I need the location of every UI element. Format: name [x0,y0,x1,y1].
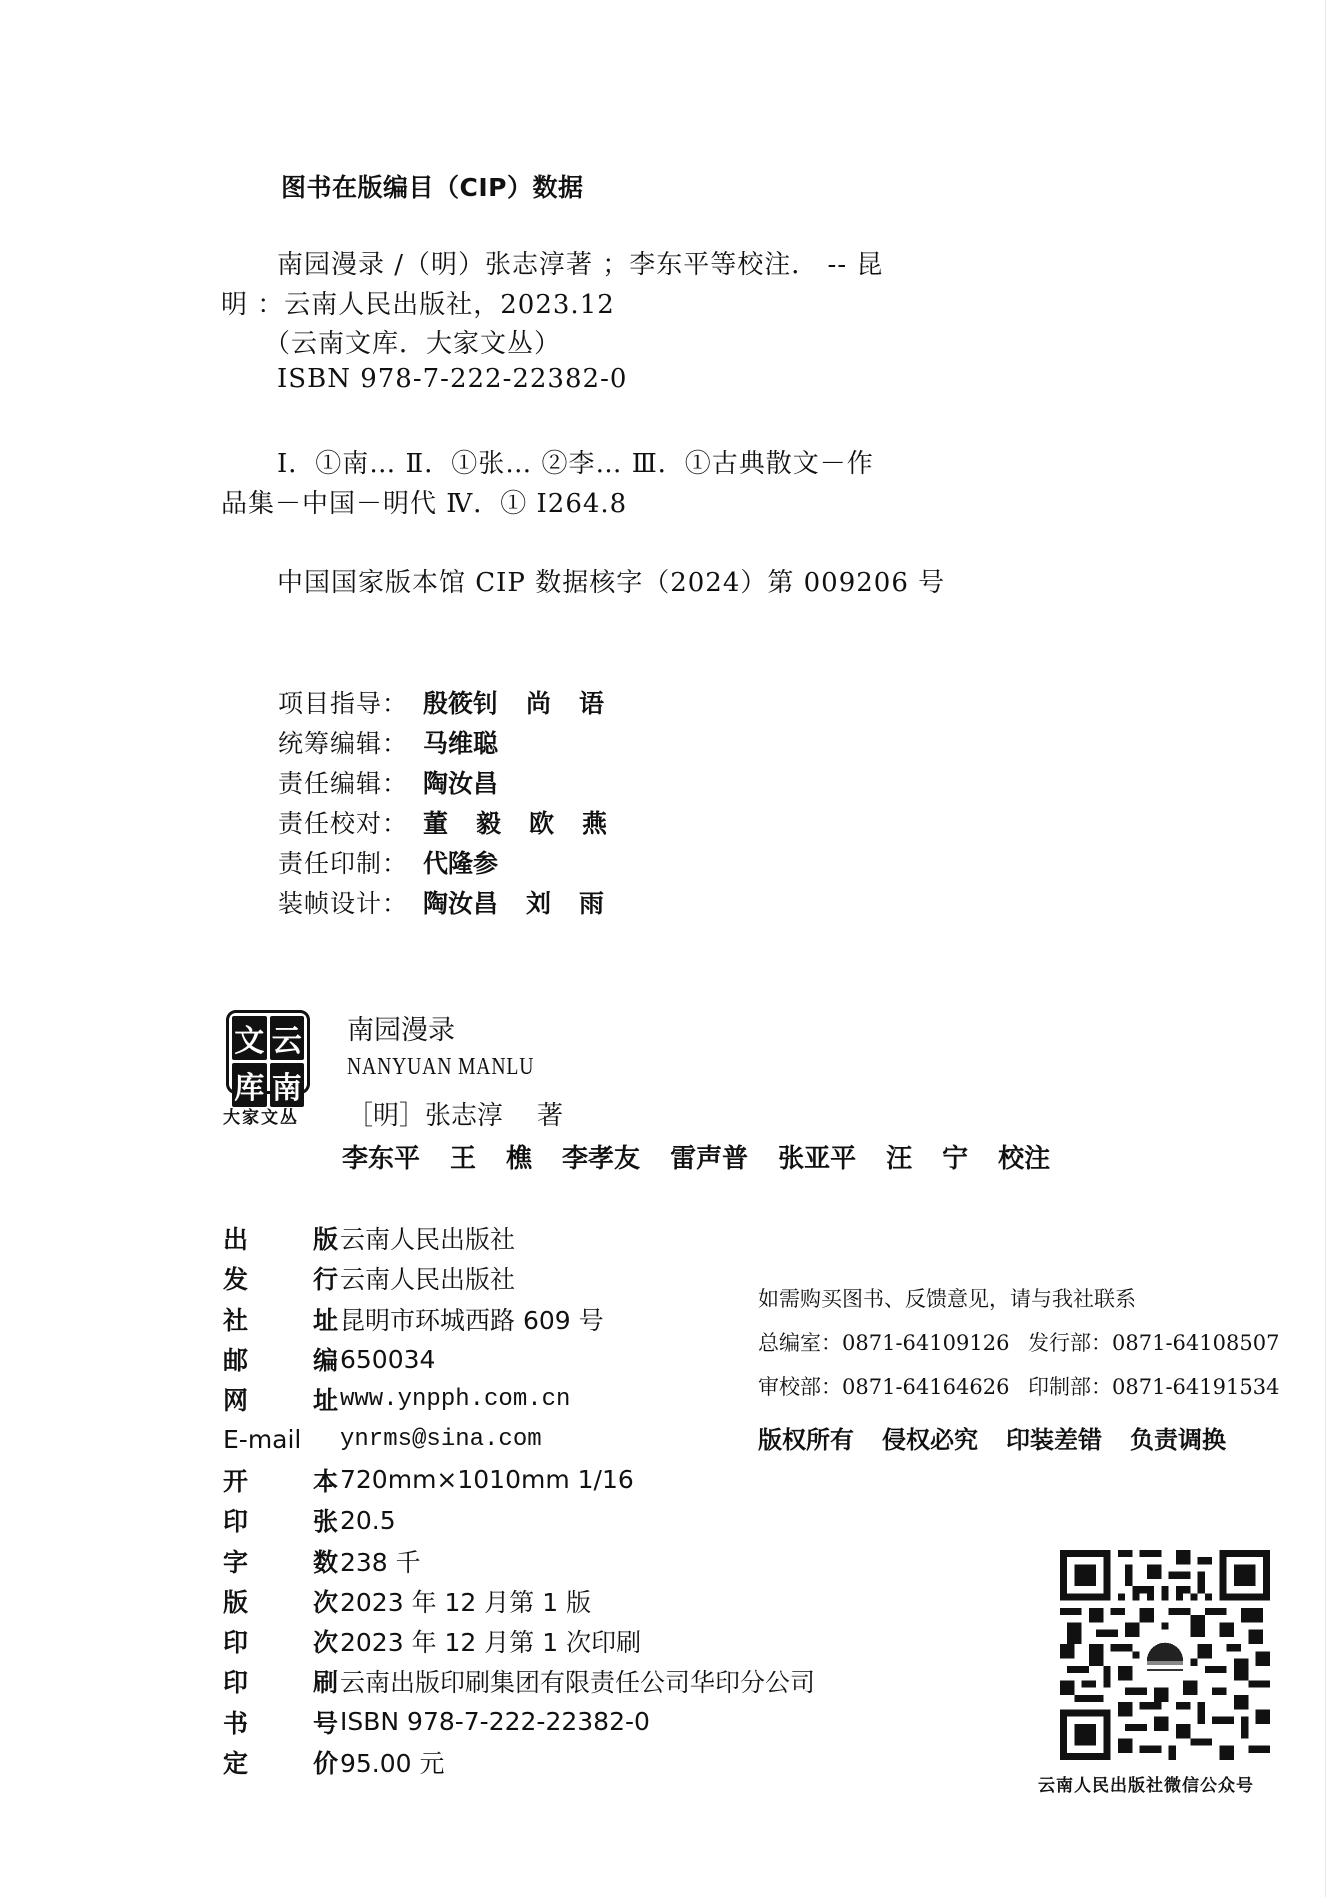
book-pinyin: NANYUAN MANLU [347,1054,534,1081]
phone-entry: 印制部：0871-64191534 [1028,1371,1298,1415]
rights-text: 印装差错 [1006,1420,1102,1455]
credit-label: 装帧设计： [278,884,423,920]
cip-verification: 中国国家版本馆 CIP 数据核字（2024）第 009206 号 [277,562,945,599]
rights-text: 负责调换 [1130,1420,1226,1455]
pub-row-edition: 版次2023 年 12 月第 1 版 [223,1581,815,1621]
credit-row: 统筹编辑： 马维聪 [278,722,635,762]
qr-code-icon[interactable] [1060,1550,1270,1760]
website-link[interactable]: www.ynpph.com.cn [340,1386,570,1413]
contact-intro: 如需购买图书、反馈意见，请与我社联系 [758,1283,1298,1327]
credit-label: 责任印制： [278,844,423,880]
author-role: 著 [537,1101,563,1131]
pub-label: 社 [223,1301,248,1337]
series-name: 大家文丛 [223,1103,299,1128]
pub-label: E-mail [223,1425,301,1454]
credit-row: 责任校对： 董毅欧燕 [278,802,635,842]
pub-label: 印 [223,1663,248,1699]
phone-label: 印制部： [1028,1375,1112,1399]
pub-value: 238 千 [340,1543,421,1579]
pub-label: 行 [313,1260,338,1296]
rights-text: 侵权必究 [882,1420,978,1455]
credit-label: 责任编辑： [278,764,423,800]
phone-entry: 审校部：0871-64164626 [758,1371,1028,1415]
pub-label: 址 [313,1381,338,1417]
credit-name: 马维聪 [423,724,498,760]
editor-name: 李东平 [342,1144,420,1174]
phone-label: 发行部： [1028,1331,1112,1355]
pub-row-address: 社址昆明市环城西路 609 号 [223,1299,815,1339]
page-edge [1325,0,1326,1897]
phone-label: 审校部： [758,1375,842,1399]
credit-name: 陶汝昌 [423,764,498,800]
credit-name: 语 [579,684,604,720]
phone-entry: 总编室：0871-64109126 [758,1327,1028,1371]
pub-row-format: 开本720mm×1010mm 1/16 [223,1460,815,1500]
pub-value: 2023 年 12 月第 1 次印刷 [340,1623,641,1659]
pub-value: 云南出版印刷集团有限责任公司华印分公司 [340,1663,815,1699]
pub-label: 出 [223,1220,248,1256]
editor-name: 雷声普 [670,1144,748,1174]
editor-name: 樵 [506,1144,532,1174]
credit-row: 责任印制： 代隆参 [278,842,635,882]
pub-value: 720mm×1010mm 1/16 [340,1465,634,1494]
credit-name: 燕 [582,804,607,840]
email-link[interactable]: ynrms@sina.com [340,1426,542,1453]
cip-line: 明 ：云南人民出版社，2023.12 [221,284,615,321]
pub-value: 2023 年 12 月第 1 版 [340,1583,591,1619]
credit-label: 统筹编辑： [278,724,423,760]
editor-name: 王 [450,1144,476,1174]
pub-value: 云南人民出版社 [340,1260,515,1296]
pub-row-isbn: 书号ISBN 978-7-222-22382-0 [223,1702,815,1742]
pub-label: 版 [223,1583,248,1619]
pub-label: 价 [313,1744,338,1780]
credit-name: 殷筱钊 [423,684,498,720]
pub-value: 650034 [340,1345,435,1374]
pub-label: 本 [313,1462,338,1498]
credit-name: 尚 [526,684,551,720]
pub-label: 次 [313,1623,338,1659]
pub-value: 昆明市环城西路 609 号 [340,1301,604,1337]
credit-name: 刘 [526,884,551,920]
pub-value: 云南人民出版社 [340,1220,515,1256]
author-name: ［明］张志淳 [347,1101,503,1131]
phone-number: 0871-64164626 [842,1375,1009,1399]
pub-row-publisher: 出版云南人民出版社 [223,1218,815,1258]
pub-label: 号 [313,1704,338,1740]
pub-label: 字 [223,1543,248,1579]
pub-label: 编 [313,1341,338,1377]
pub-label: 网 [223,1381,248,1417]
cip-isbn: ISBN 978-7-222-22382-0 [277,364,627,394]
pub-row-postcode: 邮编650034 [223,1339,815,1379]
credit-label: 责任校对： [278,804,423,840]
book-author: ［明］张志淳著 [347,1095,563,1132]
editor-name: 张亚平 [778,1144,856,1174]
pub-label: 址 [313,1301,338,1337]
pub-label: 印 [223,1502,248,1538]
cip-classification: Ⅰ．①南… Ⅱ．①张… ②李… Ⅲ．①古典散文－作 [277,443,874,480]
editor-name: 李孝友 [562,1144,640,1174]
pub-row-sheets: 印张20.5 [223,1500,815,1540]
book-title: 南园漫录 [347,1008,455,1047]
credit-row: 项目指导： 殷筱钊尚语 [278,682,635,722]
pub-row-email: E-mailynrms@sina.com [223,1419,815,1459]
phone-label: 总编室： [758,1331,842,1355]
publication-info: 出版云南人民出版社 发行云南人民出版社 社址昆明市环城西路 609 号 邮编65… [223,1218,815,1782]
pub-label: 发 [223,1260,248,1296]
editors-role: 校注 [998,1144,1050,1174]
editor-name: 汪 [886,1144,912,1174]
contact-block: 如需购买图书、反馈意见，请与我社联系 总编室：0871-64109126 发行部… [758,1283,1298,1459]
credit-row: 装帧设计： 陶汝昌刘雨 [278,882,635,922]
contact-row: 总编室：0871-64109126 发行部：0871-64108507 [758,1327,1298,1371]
credit-name: 代隆参 [423,844,498,880]
credit-row: 责任编辑： 陶汝昌 [278,762,635,802]
rights-text: 版权所有 [758,1420,854,1455]
rights-notice: 版权所有侵权必究印装差错负责调换 [758,1415,1298,1459]
cip-line: 南园漫录 /（明）张志淳著 ；李东平等校注． -- 昆 [277,244,883,281]
cip-line: （云南文库．大家文丛） [264,323,561,360]
book-editors: 李东平王樵李孝友雷声普张亚平汪宁校注 [342,1138,1080,1175]
pub-row-distributor: 发行云南人民出版社 [223,1258,815,1298]
seal-char: 云 [270,1016,305,1060]
pub-label: 印 [223,1623,248,1659]
pub-label: 次 [313,1583,338,1619]
pub-label: 张 [313,1502,338,1538]
pub-row-printing: 印次2023 年 12 月第 1 次印刷 [223,1621,815,1661]
phone-number: 0871-64108507 [1112,1331,1279,1355]
pub-value: 20.5 [340,1506,396,1535]
series-seal-logo: 文 云 库 南 [226,1010,310,1094]
phone-number: 0871-64109126 [842,1331,1009,1355]
pub-row-wordcount: 字数238 千 [223,1540,815,1580]
pub-value: 95.00 元 [340,1744,445,1780]
pub-row-price: 定价95.00 元 [223,1742,815,1782]
pub-label: 邮 [223,1341,248,1377]
credit-name: 毅 [476,804,501,840]
credit-name: 欧 [529,804,554,840]
seal-char: 库 [232,1063,267,1107]
pub-label: 定 [223,1744,248,1780]
pub-label: 书 [223,1704,248,1740]
pub-label: 刷 [313,1663,338,1699]
seal-char: 文 [232,1016,267,1060]
pub-value: ISBN 978-7-222-22382-0 [340,1707,650,1736]
pub-label: 开 [223,1462,248,1498]
credit-name: 董 [423,804,448,840]
credit-name: 陶汝昌 [423,884,498,920]
phone-number: 0871-64191534 [1112,1375,1279,1399]
cip-classification: 品集－中国－明代 Ⅳ．① I264.8 [221,483,627,520]
editor-name: 宁 [942,1144,968,1174]
pub-row-printer: 印刷云南出版印刷集团有限责任公司华印分公司 [223,1661,815,1701]
pub-label: 版 [313,1220,338,1256]
seal-char: 南 [270,1063,305,1107]
credit-label: 项目指导： [278,684,423,720]
contact-row: 审校部：0871-64164626 印制部：0871-64191534 [758,1371,1298,1415]
credits-list: 项目指导： 殷筱钊尚语 统筹编辑： 马维聪 责任编辑： 陶汝昌 责任校对： 董毅… [278,682,635,922]
pub-row-website: 网址www.ynpph.com.cn [223,1379,815,1419]
credit-name: 雨 [579,884,604,920]
pub-label: 数 [313,1543,338,1579]
phone-entry: 发行部：0871-64108507 [1028,1327,1298,1371]
qr-caption: 云南人民出版社微信公众号 [1038,1771,1254,1796]
cip-title: 图书在版编目（CIP）数据 [281,168,583,204]
